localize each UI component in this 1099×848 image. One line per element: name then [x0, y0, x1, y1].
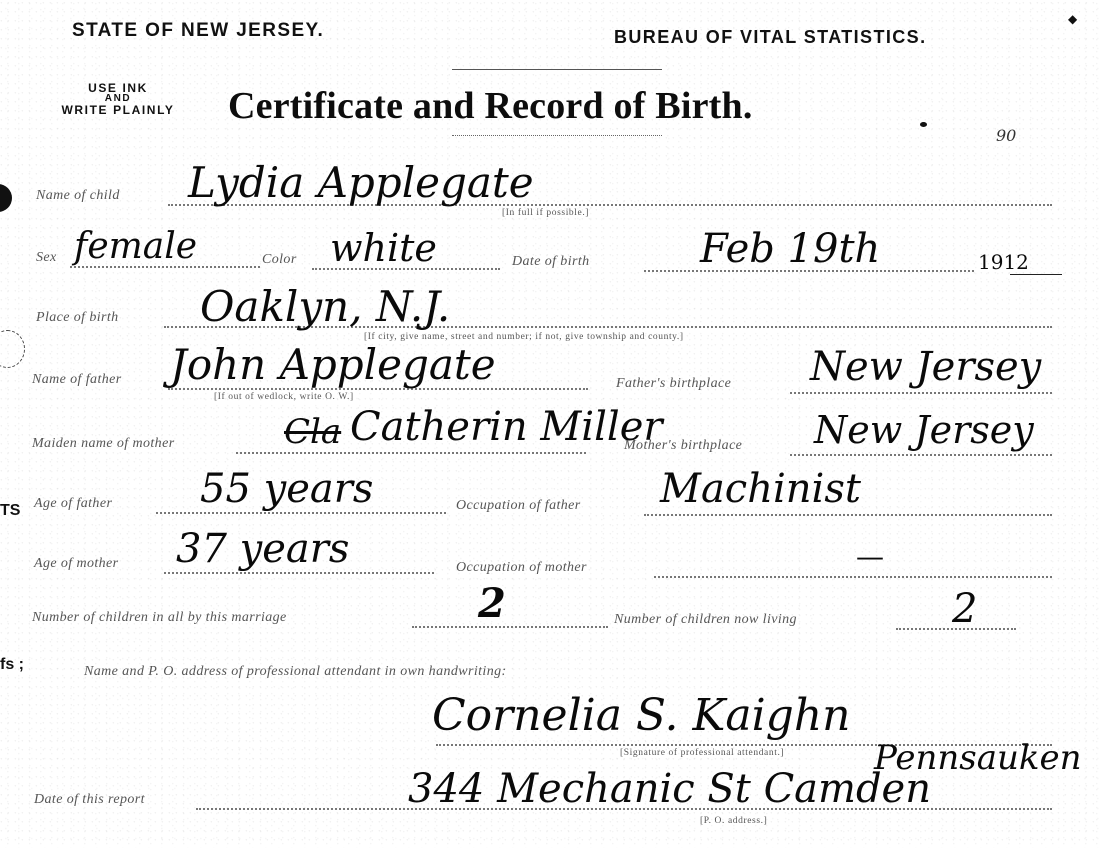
- value-attendant-signature[interactable]: Cornelia S. Kaighn: [432, 690, 851, 741]
- value-father-age[interactable]: 55 years: [200, 466, 373, 512]
- label-mother-birthplace: Mother's birthplace: [624, 438, 742, 454]
- year-underline: [1010, 274, 1062, 275]
- value-attendant-address[interactable]: 344 Mechanic St Camden: [408, 766, 931, 812]
- label-father-occupation: Occupation of father: [456, 498, 581, 514]
- label-father-birthplace: Father's birthplace: [616, 376, 731, 392]
- hint-attendant-address: [P. O. address.]: [700, 816, 767, 826]
- margin-circle-mark: [0, 330, 25, 368]
- dotted-line-mother-birthplace: [790, 454, 1052, 456]
- label-mother-maiden-name: Maiden name of mother: [32, 436, 175, 452]
- value-mother-birthplace[interactable]: New Jersey: [814, 408, 1034, 452]
- value-attendant-address-extra[interactable]: Pennsauken: [874, 738, 1082, 778]
- ink-instruction-line3: WRITE PLAINLY: [36, 104, 200, 116]
- value-mother-maiden-struck: Cla: [284, 412, 341, 452]
- label-father-age: Age of father: [34, 496, 112, 512]
- margin-text-ts: TS: [0, 502, 20, 520]
- value-father-birthplace[interactable]: New Jersey: [810, 344, 1041, 390]
- value-color[interactable]: white: [330, 226, 437, 270]
- page-title: Certificate and Record of Birth.: [228, 84, 753, 128]
- label-father-name: Name of father: [32, 372, 122, 388]
- value-father-occupation[interactable]: Machinist: [660, 466, 861, 512]
- state-heading: STATE OF NEW JERSEY.: [72, 20, 324, 42]
- label-date-of-birth: Date of birth: [512, 254, 590, 270]
- hint-father-name: [If out of wedlock, write O. W.]: [214, 392, 354, 402]
- label-report-date: Date of this report: [34, 792, 145, 808]
- label-color: Color: [262, 252, 297, 268]
- dotted-line-father-birthplace: [790, 392, 1052, 394]
- value-mother-occupation[interactable]: —: [856, 540, 884, 573]
- dotted-line-father-age: [156, 512, 446, 514]
- label-mother-occupation: Occupation of mother: [456, 560, 587, 576]
- label-place-of-birth: Place of birth: [36, 310, 119, 326]
- attendant-heading: Name and P. O. address of professional a…: [84, 664, 507, 680]
- dotted-line-children-total: [412, 626, 608, 628]
- dotted-line-mother-age: [164, 572, 434, 574]
- title-bottom-rule: [452, 135, 662, 136]
- dotted-line-mother-maiden-name: [236, 452, 586, 454]
- value-birth-year[interactable]: 1912: [978, 250, 1029, 274]
- dotted-line-mother-occupation: [654, 576, 1052, 578]
- label-child-name: Name of child: [36, 188, 120, 204]
- margin-punch-hole: [0, 184, 12, 212]
- ink-instruction: USE INK AND WRITE PLAINLY: [36, 82, 200, 116]
- value-date-of-birth[interactable]: Feb 19th: [700, 226, 880, 272]
- label-sex: Sex: [36, 250, 57, 266]
- corner-tick: ◆: [1068, 12, 1077, 27]
- value-mother-age[interactable]: 37 years: [176, 526, 349, 572]
- value-father-name[interactable]: John Applegate: [170, 340, 496, 389]
- label-mother-age: Age of mother: [34, 556, 119, 572]
- value-children-total[interactable]: 2: [478, 580, 506, 627]
- hint-attendant-signature: [Signature of professional attendant.]: [620, 748, 784, 758]
- ink-dot: [920, 122, 927, 127]
- hint-child-name: [In full if possible.]: [502, 208, 589, 218]
- value-sex[interactable]: female: [74, 226, 197, 267]
- title-top-rule: [452, 69, 662, 70]
- margin-text-fs: fs ;: [0, 656, 24, 674]
- value-place-of-birth[interactable]: Oaklyn, N.J.: [200, 282, 450, 331]
- value-child-name[interactable]: Lydia Applegate: [188, 158, 534, 207]
- label-children-living: Number of children now living: [614, 612, 797, 628]
- dotted-line-father-occupation: [644, 514, 1052, 516]
- label-children-total: Number of children in all by this marria…: [32, 610, 287, 626]
- corner-register-number: 90: [996, 126, 1016, 145]
- bureau-heading: BUREAU OF VITAL STATISTICS.: [614, 27, 926, 48]
- value-mother-maiden-name[interactable]: Catherin Miller: [350, 404, 662, 450]
- value-children-living[interactable]: 2: [952, 586, 977, 632]
